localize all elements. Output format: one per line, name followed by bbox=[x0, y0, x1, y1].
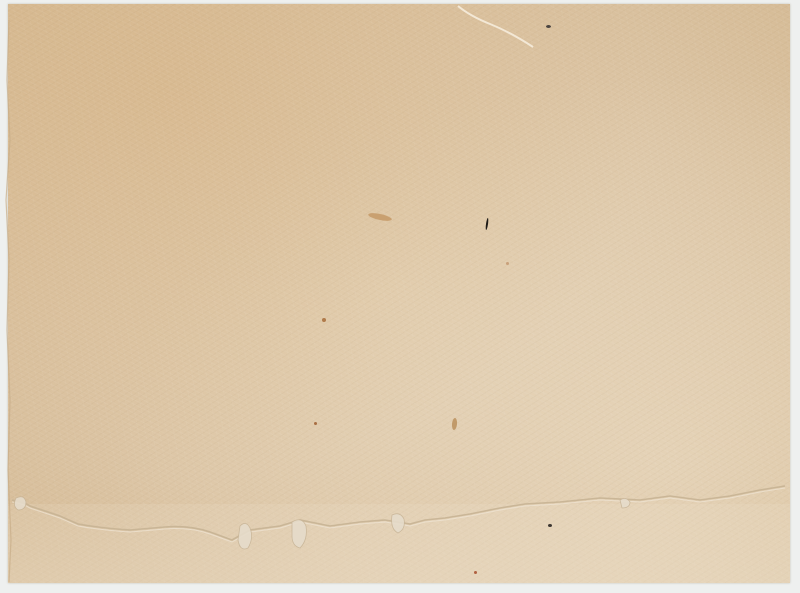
paper-tear-lines bbox=[0, 0, 800, 593]
photo-scene bbox=[0, 0, 800, 593]
fiber-clumps bbox=[14, 497, 630, 549]
paper-speck bbox=[548, 524, 552, 527]
paper-speck bbox=[474, 571, 477, 574]
paper-speck bbox=[322, 318, 326, 322]
paper-speck bbox=[546, 25, 551, 28]
paper-speck bbox=[314, 422, 317, 425]
left-ragged-edge bbox=[6, 20, 11, 582]
paper-speck bbox=[506, 262, 509, 265]
top-crease bbox=[458, 6, 533, 47]
